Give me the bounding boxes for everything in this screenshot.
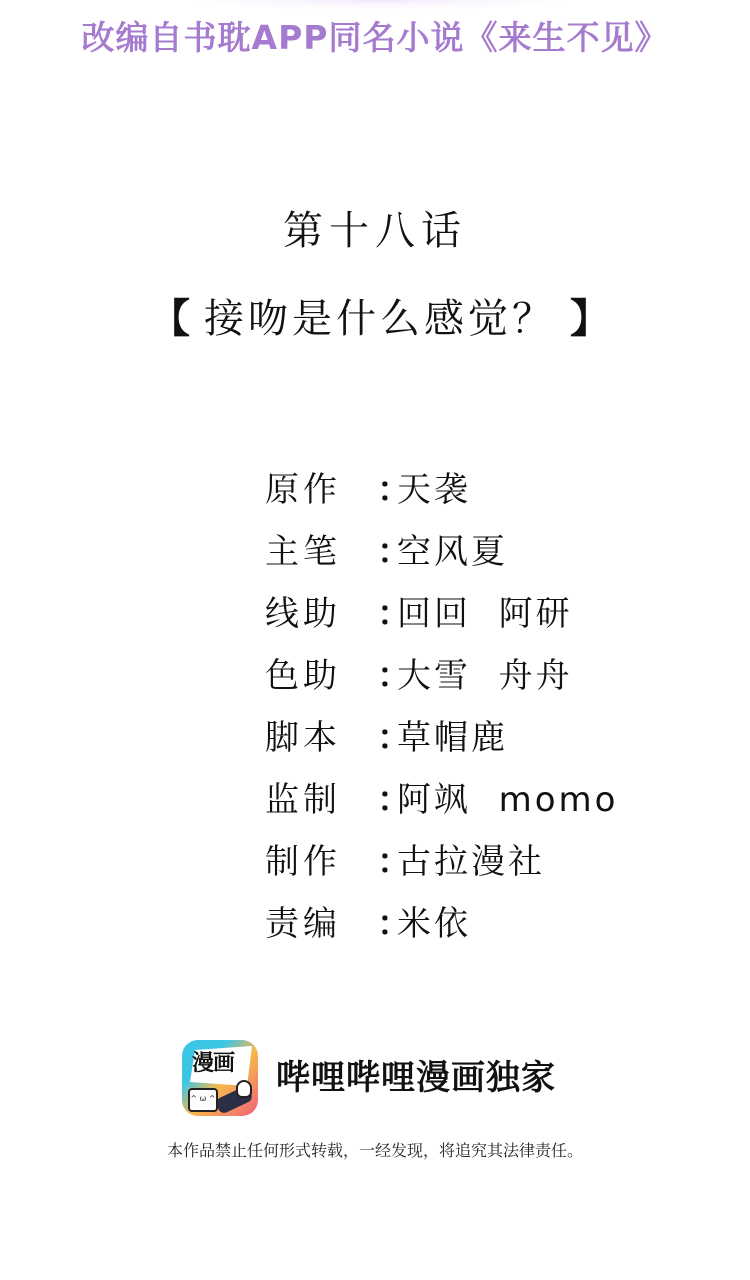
logo-text: 漫画: [192, 1050, 252, 1078]
thumbs-up-icon: [236, 1080, 252, 1098]
credit-colon: ：: [377, 648, 397, 697]
credits-list: 原作 ： 天袭 主笔 ： 空风夏 线助 ： 回回 阿研 色助 ： 大雪 舟舟 脚…: [265, 455, 625, 951]
credit-names: 回回 阿研: [397, 586, 573, 635]
tv-mascot-icon: ^ ω ^: [188, 1088, 218, 1112]
credit-role: 监制: [265, 772, 377, 821]
credit-role: 主笔: [265, 524, 377, 573]
chapter-title-text: 接吻是什么感觉？: [204, 293, 556, 345]
credit-row-original-author: 原作 ： 天袭: [265, 455, 625, 517]
credit-row-supervisor: 监制 ： 阿飒 momo: [265, 765, 625, 827]
chapter-number: 第十八话: [0, 205, 750, 257]
credit-colon: ：: [377, 896, 397, 945]
credit-role: 制作: [265, 834, 377, 883]
credit-names: 阿飒 momo: [397, 772, 618, 821]
credit-role: 原作: [265, 462, 377, 511]
credit-role: 线助: [265, 586, 377, 635]
credit-names: 大雪 舟舟: [397, 648, 573, 697]
bilibili-manga-logo-icon: 漫画 ^ ω ^: [182, 1040, 258, 1116]
credit-names: 古拉漫社: [397, 834, 545, 883]
credit-row-production: 制作 ： 古拉漫社: [265, 827, 625, 889]
credit-row-lead-artist: 主笔 ： 空风夏: [265, 517, 625, 579]
credit-role: 色助: [265, 648, 377, 697]
title-open-bracket: 【: [150, 293, 190, 345]
credit-colon: ：: [377, 710, 397, 759]
chapter-title: 【 接吻是什么感觉？ 】: [150, 293, 610, 345]
credit-row-editor: 责编 ： 米依: [265, 889, 625, 951]
credit-names: 草帽鹿: [397, 710, 508, 759]
exclusive-label: 哔哩哔哩漫画独家: [276, 1056, 556, 1100]
brand-exclusive-block: 漫画 ^ ω ^ 哔哩哔哩漫画独家: [182, 1040, 556, 1116]
top-decorative-glow: [180, 0, 580, 10]
credit-names: 空风夏: [397, 524, 508, 573]
copyright-notice: 本作品禁止任何形式转载，一经发现，将追究其法律责任。: [0, 1140, 750, 1162]
credit-colon: ：: [377, 586, 397, 635]
credit-colon: ：: [377, 462, 397, 511]
credit-row-color-assistant: 色助 ： 大雪 舟舟: [265, 641, 625, 703]
credit-colon: ：: [377, 772, 397, 821]
credit-names: 米依: [397, 896, 471, 945]
credit-names: 天袭: [397, 462, 471, 511]
credit-colon: ：: [377, 524, 397, 573]
credit-role: 脚本: [265, 710, 377, 759]
credit-role: 责编: [265, 896, 377, 945]
credit-row-line-assistant: 线助 ： 回回 阿研: [265, 579, 625, 641]
credit-colon: ：: [377, 834, 397, 883]
credit-row-script: 脚本 ： 草帽鹿: [265, 703, 625, 765]
title-close-bracket: 】: [570, 293, 610, 345]
adaptation-note: 改编自书耽APP同名小说《来生不见》: [0, 16, 750, 60]
